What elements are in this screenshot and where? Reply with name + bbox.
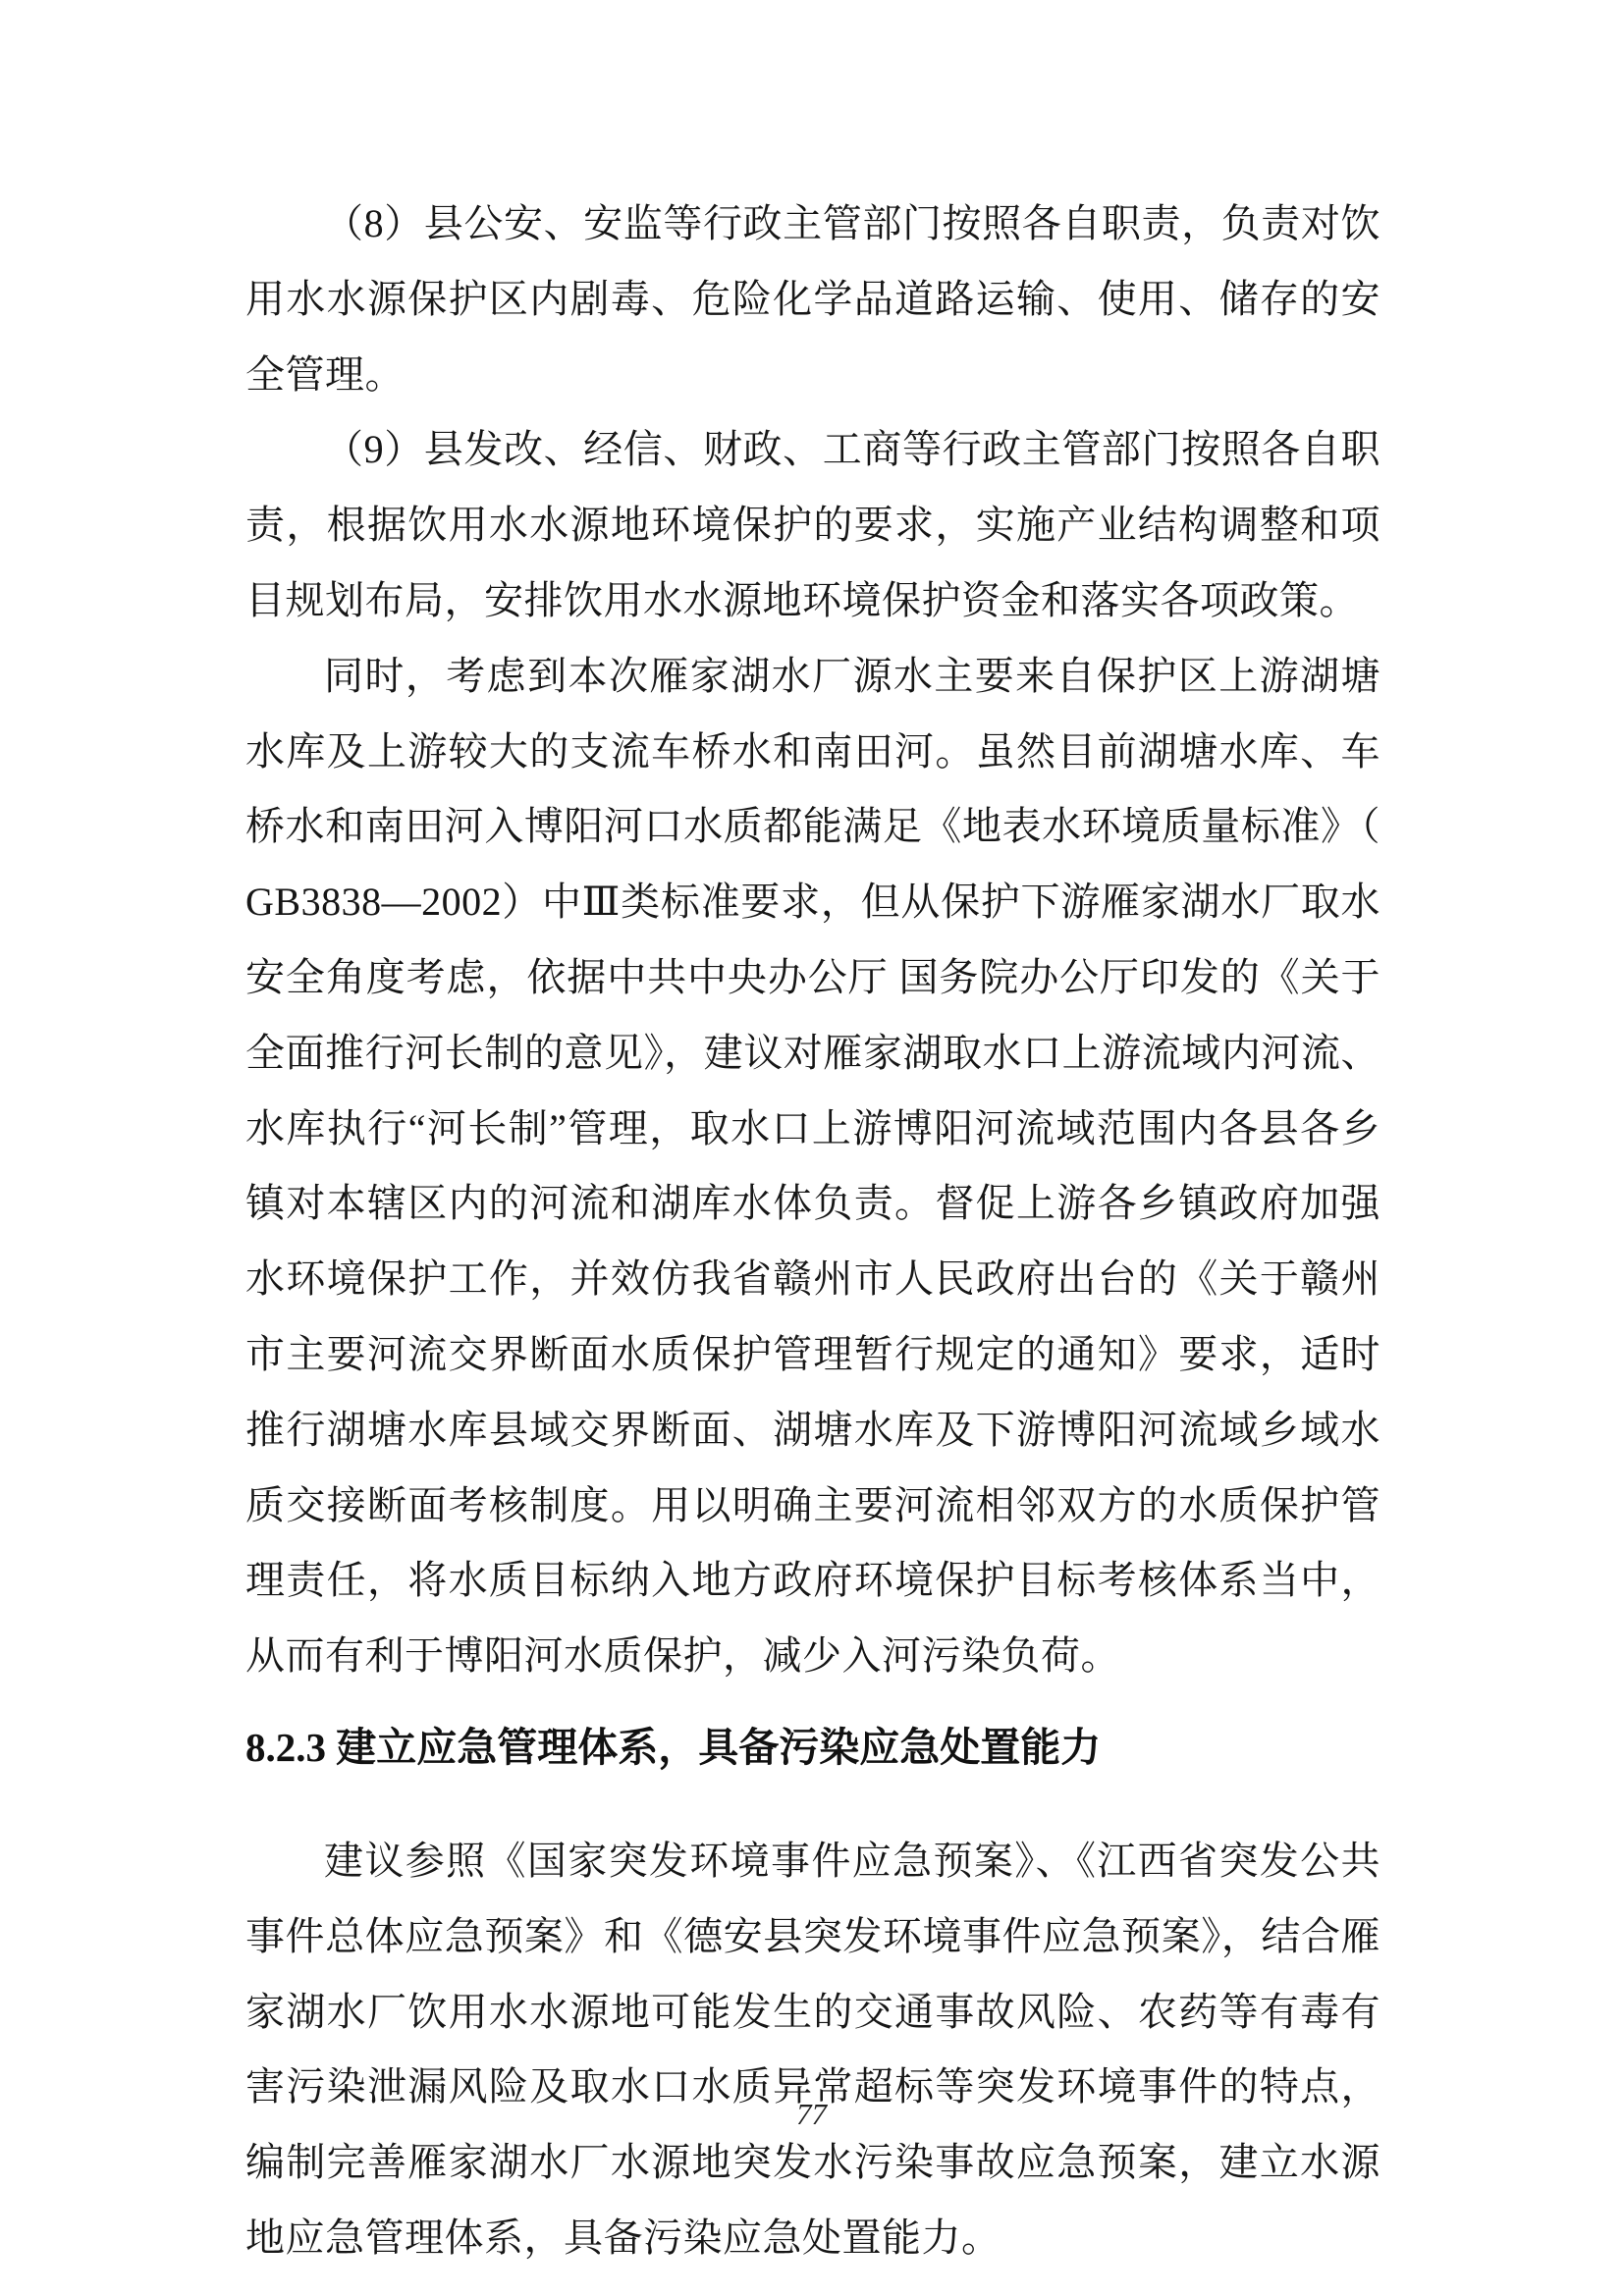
text-block: （8）县公安、安监等行政主管部门按照各自职责，负责对饮用水水源保护区内剧毒、危险…: [245, 187, 1380, 2276]
page-number: 77: [0, 2097, 1623, 2132]
document-page: （8）县公安、安监等行政主管部门按照各自职责，负责对饮用水水源保护区内剧毒、危险…: [0, 0, 1623, 2296]
paragraph: （8）县公安、安监等行政主管部门按照各自职责，负责对饮用水水源保护区内剧毒、危险…: [245, 187, 1380, 412]
paragraph: 同时，考虑到本次雁家湖水厂源水主要来自保护区上游湖塘水库及上游较大的支流车桥水和…: [245, 639, 1380, 1694]
paragraph: （9）县发改、经信、财政、工商等行政主管部门按照各自职责，根据饮用水水源地环境保…: [245, 412, 1380, 638]
paragraph: 建议参照《国家突发环境事件应急预案》、《江西省突发公共事件总体应急预案》和《德安…: [245, 1824, 1380, 2276]
section-heading-8-2-3: 8.2.3 建立应急管理体系，具备污染应急处置能力: [245, 1716, 1380, 1779]
